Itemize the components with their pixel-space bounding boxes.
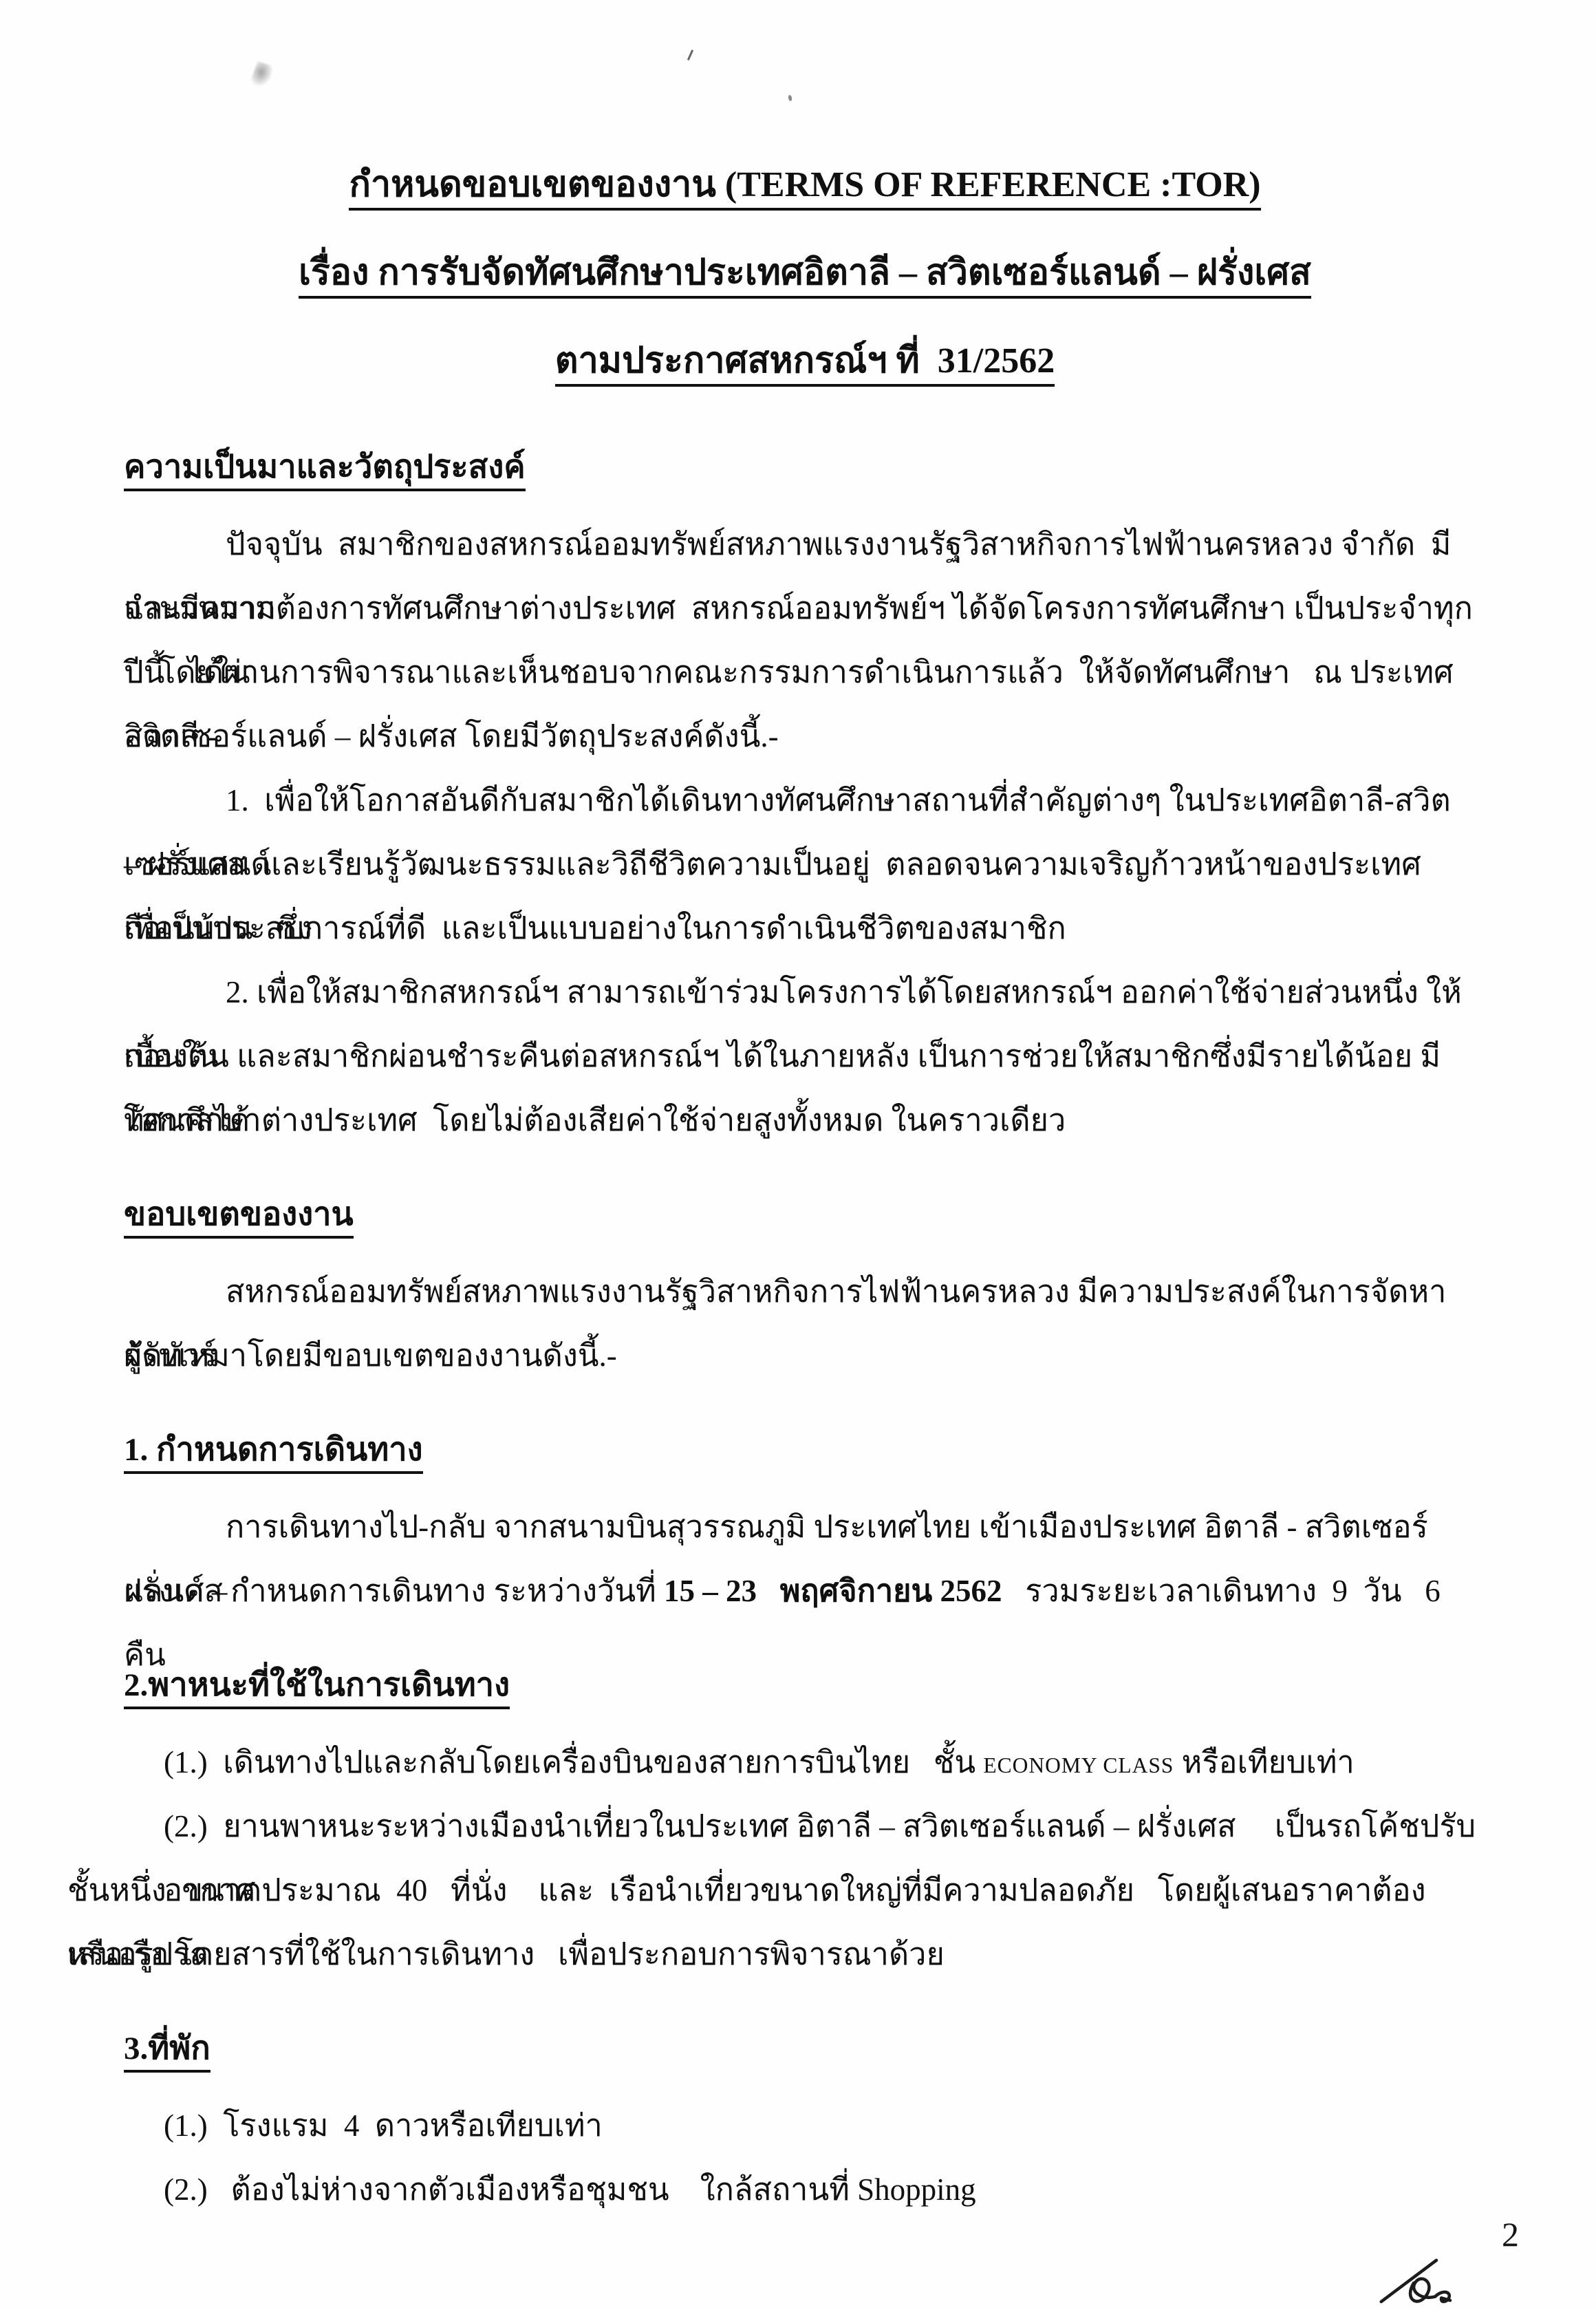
section-heading-accommodation: 3.ที่พัก xyxy=(124,2014,1486,2083)
objective-item-1-line: ถือเป็นประสบการณ์ที่ดี และเป็นแบบอย่างใน… xyxy=(124,897,1486,961)
paragraph-line: ปัจจุบัน สมาชิกของสหกรณ์ออมทรัพย์สหภาพแร… xyxy=(124,513,1486,577)
scanned-document-page: กำหนดขอบเขตของงาน (TERMS OF REFERENCE :T… xyxy=(0,0,1596,2310)
paragraph-line: ปีนี้ ได้ผ่านการพิจารณาและเห็นชอบจากคณะก… xyxy=(124,641,1486,705)
paragraph-line: สวิตเซอร์แลนด์ – ฝรั่งเศส โดยมีวัตถุประส… xyxy=(124,705,1486,769)
paragraph-line: สหกรณ์ออมทรัพย์สหภาพแรงงานรัฐวิสาหกิจการ… xyxy=(124,1260,1486,1324)
vehicle-item-2-line: (2.) ยานพาหนะระหว่างเมืองนำเที่ยวในประเท… xyxy=(164,1795,1486,1859)
document-title-line-3: ตามประกาศสหกรณ์ฯ ที่ 31/2562 xyxy=(124,317,1486,405)
section-heading-background-objectives: ความเป็นมาและวัตถุประสงค์ xyxy=(124,433,1486,502)
paragraph-line: จัดทัวร์ โดยมีขอบเขตของงานดังนี้.- xyxy=(124,1324,1486,1388)
travel-dates-bold: 15 – 23 พฤศจิกายน 2562 xyxy=(664,1574,1002,1608)
paragraph-line: การเดินทางไป-กลับ จากสนามบินสุวรรณภูมิ ป… xyxy=(124,1495,1486,1559)
signature-initials xyxy=(1377,2252,1480,2308)
page-number: 2 xyxy=(1502,2214,1519,2254)
objective-item-2-line: ทัศนศึกษาต่างประเทศ โดยไม่ต้องเสียค่าใช้… xyxy=(124,1089,1486,1153)
objective-item-1-line: 1. เพื่อให้โอกาสอันดีกับสมาชิกได้เดินทาง… xyxy=(124,769,1486,833)
travel-dates-prefix: ฝรั่งเศส กำหนดการเดินทาง ระหว่างวันที่ xyxy=(124,1574,664,1608)
document-title-line-2: เรื่อง การรับจัดทัศนศึกษาประเทศอิตาลี – … xyxy=(124,229,1486,317)
objective-item-2-line: 2. เพื่อให้สมาชิกสหกรณ์ฯ สามารถเข้าร่วมโ… xyxy=(124,961,1486,1025)
accommodation-item-2: (2.) ต้องไม่ห่างจากตัวเมืองหรือชุมชน ใกล… xyxy=(164,2158,1486,2222)
economy-class-label: ECONOMY CLASS xyxy=(983,1753,1174,1777)
section-heading-scope-of-work: ขอบเขตของงาน xyxy=(124,1180,1486,1249)
section-heading-travel-schedule: 1. กำหนดการเดินทาง xyxy=(124,1415,1486,1484)
paragraph-line: และมีความต้องการทัศนศึกษาต่างประเทศ สหกร… xyxy=(124,577,1486,641)
vehicle-item-2-line: หรือเรือ โดยสารที่ใช้ในการเดินทาง เพื่อป… xyxy=(67,1923,1486,1987)
objective-item-1-line: – ฝรั่งเศส และเรียนรู้วัฒนะธรรมและวิถีชี… xyxy=(124,833,1486,897)
document-title-line-1: กำหนดขอบเขตของงาน (TERMS OF REFERENCE :T… xyxy=(124,141,1486,229)
vehicle-item-2-line: ชั้นหนึ่ง ขนาดประมาณ 40 ที่นั่ง และ เรือ… xyxy=(67,1859,1486,1923)
vehicle-item-1-line: (1.) เดินทางไปและกลับโดยเครื่องบินของสาย… xyxy=(164,1731,1486,1795)
section-heading-vehicles: 2.พาหนะที่ใช้ในการเดินทาง xyxy=(124,1651,1486,1720)
document-title-block: กำหนดขอบเขตของงาน (TERMS OF REFERENCE :T… xyxy=(124,0,1486,405)
objective-item-2-line: เบื้องต้น และสมาชิกผ่อนชำระคืนต่อสหกรณ์ฯ… xyxy=(124,1025,1486,1089)
travel-dates-line: ฝรั่งเศส กำหนดการเดินทาง ระหว่างวันที่ 1… xyxy=(124,1559,1486,1623)
accommodation-item-1: (1.) โรงแรม 4 ดาวหรือเทียบเท่า xyxy=(164,2094,1486,2158)
